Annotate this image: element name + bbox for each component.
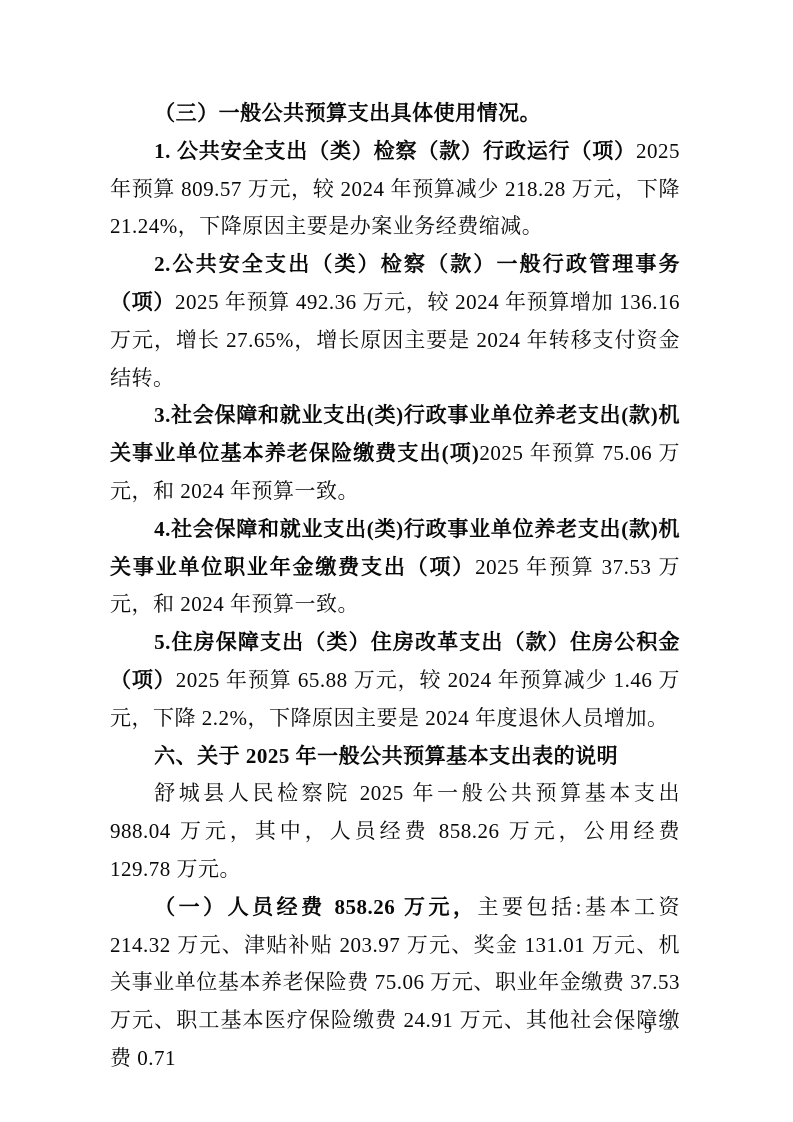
item-2-public-safety-general-admin-segment-1: 2025 年预算 492.36 万元，较 2024 年预算增加 136.16 万… (110, 290, 680, 390)
heading-section-3: （三）一般公共预算支出具体使用情况。 (110, 95, 680, 133)
heading-section-3-segment-0: （三）一般公共预算支出具体使用情况。 (154, 101, 541, 125)
heading-section-6-segment-0: 六、关于 2025 年一般公共预算基本支出表的说明 (154, 744, 618, 768)
heading-section-6: 六、关于 2025 年一般公共预算基本支出表的说明 (110, 738, 680, 776)
personnel-expense-detail: （一）人员经费 858.26 万元，主要包括:基本工资 214.32 万元、津贴… (110, 889, 680, 1078)
item-5-housing-provident-fund-segment-1: 2025 年预算 65.88 万元，较 2024 年预算减少 1.46 万元，下… (110, 668, 680, 730)
item-1-public-safety-admin-operation-segment-0: 1. 公共安全支出（类）检察（款）行政运行（项） (154, 139, 636, 163)
page-number: – 9 – (624, 1020, 673, 1038)
item-1-public-safety-admin-operation: 1. 公共安全支出（类）检察（款）行政运行（项）2025 年预算 809.57 … (110, 133, 680, 246)
personnel-expense-detail-segment-0: （一）人员经费 858.26 万元， (154, 895, 477, 919)
personnel-expense-detail-segment-1: 主要包括:基本工资 214.32 万元、津贴补贴 203.97 万元、奖金 13… (110, 895, 680, 1070)
item-4-occupational-annuity-contribution: 4.社会保障和就业支出(类)行政事业单位养老支出(款)机关事业单位职业年金缴费支… (110, 511, 680, 624)
document-page: （三）一般公共预算支出具体使用情况。1. 公共安全支出（类）检察（款）行政运行（… (0, 0, 793, 1122)
item-5-housing-provident-fund: 5.住房保障支出（类）住房改革支出（款）住房公积金（项）2025 年预算 65.… (110, 624, 680, 737)
document-body: （三）一般公共预算支出具体使用情况。1. 公共安全支出（类）检察（款）行政运行（… (110, 95, 680, 1078)
item-2-public-safety-general-admin: 2.公共安全支出（类）检察（款）一般行政管理事务（项）2025 年预算 492.… (110, 246, 680, 397)
item-3-basic-pension-contribution: 3.社会保障和就业支出(类)行政事业单位养老支出(款)机关事业单位基本养老保险缴… (110, 397, 680, 510)
basic-expenditure-summary: 舒城县人民检察院 2025 年一般公共预算基本支出 988.04 万元，其中，人… (110, 775, 680, 888)
basic-expenditure-summary-segment-0: 舒城县人民检察院 2025 年一般公共预算基本支出 988.04 万元，其中，人… (110, 781, 680, 881)
